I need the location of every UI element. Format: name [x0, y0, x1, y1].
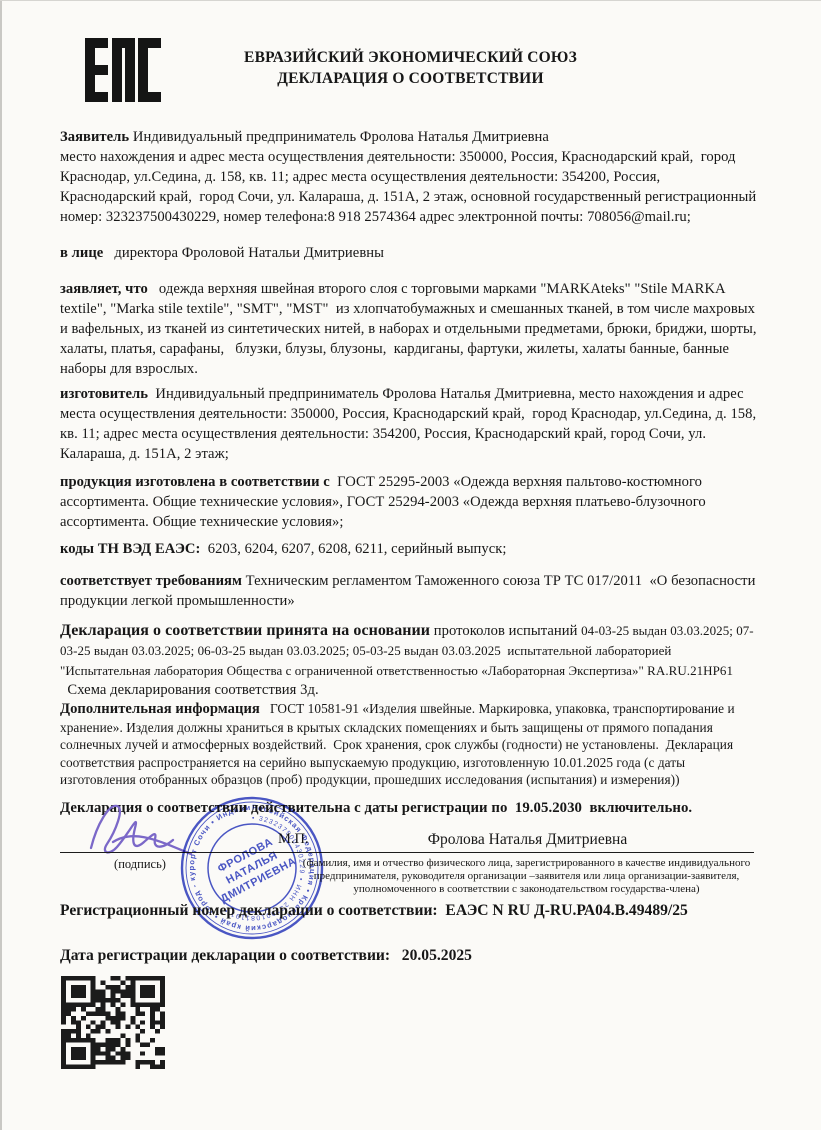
round-blue-stamp: Российская Федерация • Краснодарский кра… — [177, 793, 327, 943]
document-title: ДЕКЛАРАЦИЯ О СООТВЕТСТВИИ — [0, 68, 821, 89]
basis-label: Декларация о соответствии принята на осн… — [60, 622, 430, 639]
registration-number-value: ЕАЭС N RU Д-RU.РА04.В.49489/25 — [438, 902, 688, 919]
basis-scheme-text: Схема декларирования соответствия 3д. — [60, 682, 319, 698]
declares-text: одежда верхняя швейная второго слоя с то… — [60, 281, 760, 377]
registration-number-label: Регистрационный номер декларации о соотв… — [60, 902, 438, 919]
applicant-label: Заявитель — [60, 129, 129, 145]
manufacturer-paragraph: изготовитель Индивидуальный предпринимат… — [60, 384, 757, 464]
declares-paragraph: заявляет, что одежда верхняя швейная вто… — [60, 279, 757, 379]
declaration-document: ЕВРАЗИЙСКИЙ ЭКОНОМИЧЕСКИЙ СОЮЗ ДЕКЛАРАЦИ… — [0, 0, 821, 1130]
applicant-paragraph: Заявитель Индивидуальный предприниматель… — [60, 127, 757, 227]
tnved-paragraph: коды ТН ВЭД ЕАЭС: 6203, 6204, 6207, 6208… — [60, 539, 757, 559]
complies-label: соответствует требованиям — [60, 573, 242, 589]
additional-info-label: Дополнительная информация — [60, 701, 260, 717]
qr-code — [61, 976, 165, 1069]
applicant-text: Индивидуальный предприниматель Фролова Н… — [60, 129, 760, 225]
registration-date-value: 20.05.2025 — [390, 947, 472, 964]
signatory-name: Фролова Наталья Дмитриевна — [300, 831, 755, 849]
additional-info-paragraph: Дополнительная информация ГОСТ 10581-91 … — [60, 700, 757, 789]
basis-paragraph: Декларация о соответствии принята на осн… — [60, 621, 757, 700]
in-person-label: в лице — [60, 245, 103, 261]
manufacturer-text: Индивидуальный предприниматель Фролова Н… — [60, 386, 760, 462]
union-title: ЕВРАЗИЙСКИЙ ЭКОНОМИЧЕСКИЙ СОЮЗ — [0, 47, 821, 68]
in-person-text: директора Фроловой Натальи Дмитриевны — [103, 245, 384, 261]
signatory-note: (фамилия, имя и отчество физического лиц… — [293, 857, 760, 897]
tnved-label: коды ТН ВЭД ЕАЭС: — [60, 541, 200, 557]
tnved-text: 6203, 6204, 6207, 6208, 6211, серийный в… — [200, 541, 506, 557]
in-person-paragraph: в лице директора Фроловой Натальи Дмитри… — [60, 243, 757, 263]
document-header: ЕВРАЗИЙСКИЙ ЭКОНОМИЧЕСКИЙ СОЮЗ ДЕКЛАРАЦИ… — [0, 47, 821, 89]
registration-number-line: Регистрационный номер декларации о соотв… — [60, 902, 780, 920]
validity-date: 19.05.2030 — [507, 800, 589, 816]
scan-edge-left — [0, 0, 2, 1130]
accordance-label: продукция изготовлена в соответствии с — [60, 474, 330, 490]
manufacturer-label: изготовитель — [60, 386, 148, 402]
basis-mid-text: протоколов испытаний — [430, 623, 581, 639]
signature-rule — [60, 852, 754, 853]
registration-date-line: Дата регистрации декларации о соответств… — [60, 947, 780, 965]
complies-paragraph: соответствует требованиям Техническим ре… — [60, 571, 757, 611]
registration-date-label: Дата регистрации декларации о соответств… — [60, 947, 390, 964]
declares-label: заявляет, что — [60, 281, 148, 297]
validity-tail: включительно. — [590, 800, 693, 816]
scan-edge-top — [0, 0, 821, 1]
accordance-paragraph: продукция изготовлена в соответствии с Г… — [60, 472, 757, 532]
